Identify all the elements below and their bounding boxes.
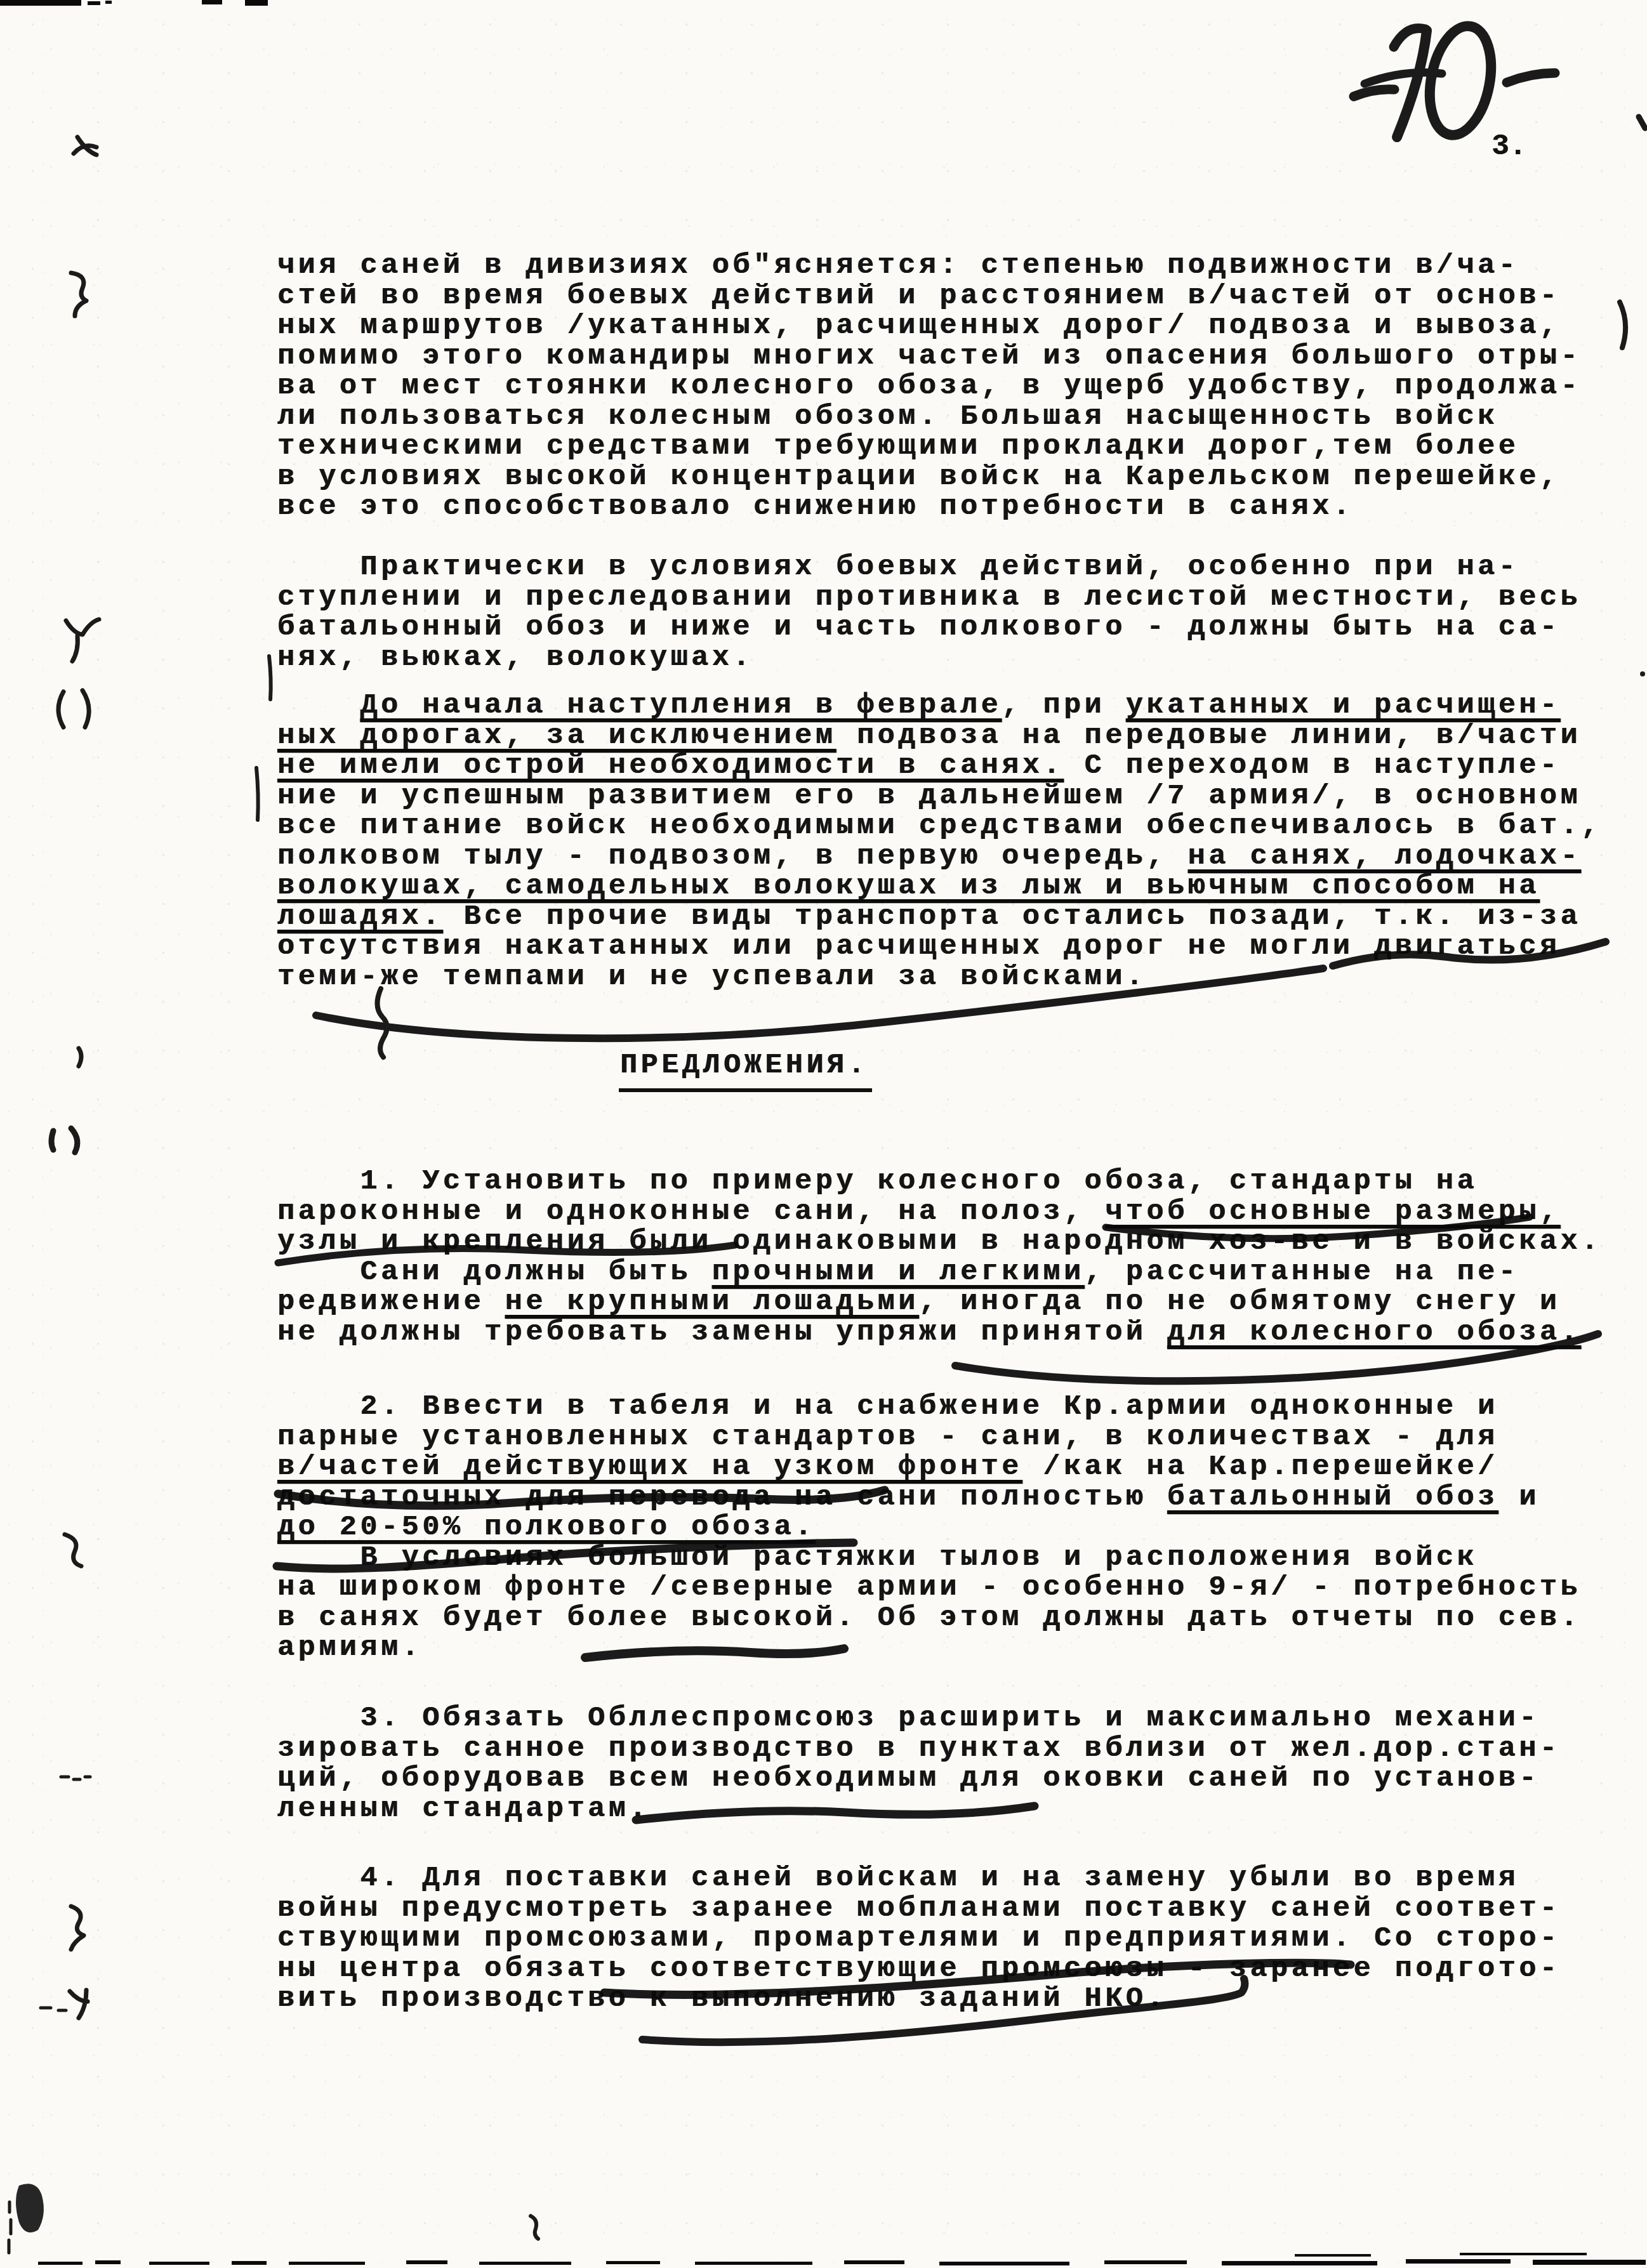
scan-edge-artifact xyxy=(245,0,268,6)
text-line: ствующими промсоюзами, промартелями и пр… xyxy=(277,1923,1636,1954)
pen-underlined-text: в/частей действующих на узком фронте xyxy=(277,1451,1022,1483)
typewritten-text: в условиях высокой концентрации войск на… xyxy=(277,461,1560,493)
typewritten-text: техническими средствами требующими прокл… xyxy=(277,430,1519,463)
typewritten-text: достаточных для перевода на сани полност… xyxy=(277,1481,1167,1513)
pen-underlined-text: не крупными лошадьми xyxy=(505,1286,919,1318)
text-line: 2. Ввести в табеля и на снабжение Кр.арм… xyxy=(277,1392,1636,1422)
typewritten-text: 2. Ввести в табеля и на снабжение Кр.арм… xyxy=(277,1390,1498,1423)
typewritten-text: в санях будет более высокой. Об этом дол… xyxy=(277,1602,1581,1634)
text-line: До начала наступления в феврале, при ука… xyxy=(277,690,1636,721)
margin-mark xyxy=(74,146,96,154)
scan-edge-artifact xyxy=(939,2262,1069,2265)
text-line: помимо этого командиры многих частей из … xyxy=(277,341,1636,372)
margin-mark xyxy=(83,690,89,727)
scan-edge-artifact xyxy=(479,2262,571,2265)
text-line: ных дорогах, за исключением подвоза на п… xyxy=(277,721,1636,751)
edge-mark xyxy=(1639,117,1645,128)
text-line: волокушах, самодельных волокушах из лыж … xyxy=(277,871,1636,902)
text-line: войны предусмотреть заранее мобпланами п… xyxy=(277,1894,1636,1924)
text-line: редвижение не крупными лошадьми, иногда … xyxy=(277,1287,1636,1317)
scan-edge-artifact xyxy=(95,2260,121,2264)
scan-edge-artifact xyxy=(1222,2261,1377,2265)
text-line: в санях будет более высокой. Об этом дол… xyxy=(277,1603,1636,1633)
pen-underlined-text: прочными и легкими xyxy=(712,1256,1085,1288)
text-line: ных маршрутов /укатанных, расчищенных до… xyxy=(277,311,1636,341)
paragraph: Практически в условиях боевых действий, … xyxy=(277,552,1636,673)
typewritten-text: Все прочие виды транспорта остались поза… xyxy=(443,900,1581,933)
typewritten-text: /как на Кар.перешейке/ xyxy=(1022,1451,1498,1483)
typewritten-text: вить производство к выполнению заданий Н… xyxy=(277,1982,1167,2015)
corner-smudge xyxy=(16,2184,44,2232)
typewritten-text: теми-же темпами и не успевали за войскам… xyxy=(277,961,1146,993)
typewritten-text: помимо этого командиры многих частей из … xyxy=(277,340,1581,373)
typewritten-text xyxy=(277,689,360,722)
margin-mark xyxy=(41,2008,66,2010)
typewritten-text: узлы и крепления были одинаковыми в наро… xyxy=(277,1225,1602,1258)
paragraph: До начала наступления в феврале, при ука… xyxy=(277,690,1636,992)
typewritten-text: ленным стандартам. xyxy=(277,1793,650,1825)
text-line: не должны требовать замены упряжи принят… xyxy=(277,1317,1636,1348)
scan-edge-artifact xyxy=(606,2261,660,2264)
typewritten-text: армиям. xyxy=(277,1632,422,1664)
typewritten-text: Практически в условиях боевых действий, … xyxy=(277,551,1519,583)
text-line: нях, вьюках, волокушах. xyxy=(277,643,1636,673)
scan-edge-artifact xyxy=(232,2261,267,2265)
typewritten-text: нях, вьюках, волокушах. xyxy=(277,642,753,674)
typewritten-text: , иногда по не обмятому снегу и xyxy=(919,1286,1561,1318)
text-line: стей во время боевых действий и расстоян… xyxy=(277,281,1636,312)
typewritten-text: подвоза на передовые линии, в/части xyxy=(836,720,1581,752)
margin-tick xyxy=(256,768,258,820)
typewritten-text: 1. Установить по примеру колесного обоза… xyxy=(277,1165,1478,1197)
typewritten-text: войны предусмотреть заранее мобпланами п… xyxy=(277,1892,1560,1925)
scan-edge-artifact xyxy=(202,0,222,4)
typewritten-text: зировать санное производство в пунктах в… xyxy=(277,1732,1560,1765)
scan-edge-artifact xyxy=(38,2262,83,2265)
typewritten-text: , при xyxy=(1002,689,1126,722)
text-line: в/частей действующих на узком фронте /ка… xyxy=(277,1452,1636,1482)
pen-underlined-text: не имели острой необходимости в санях. xyxy=(277,749,1064,782)
edge-dot xyxy=(1640,671,1645,676)
text-line: на широком фронте /северные армии - особ… xyxy=(277,1572,1636,1603)
scanned-page: { "page": { "width": 2595, "height": 357… xyxy=(0,0,1647,2268)
typewritten-text: ва от мест стоянки колесного обоза, в ущ… xyxy=(277,370,1581,402)
text-line: Сани должны быть прочными и легкими, рас… xyxy=(277,1257,1636,1288)
scan-edge-artifact xyxy=(695,2262,812,2265)
text-line: 1. Установить по примеру колесного обоза… xyxy=(277,1166,1636,1197)
typewritten-text: не должны требовать замены упряжи принят… xyxy=(277,1316,1167,1348)
scan-edge-artifact xyxy=(1104,2260,1187,2264)
typewritten-text: 3. Обязать Обллеспромсоюз расширить и ма… xyxy=(277,1702,1540,1734)
margin-mark xyxy=(66,619,99,635)
scan-edge-artifact xyxy=(406,2260,447,2264)
bottom-mark xyxy=(531,2216,538,2239)
typewritten-text: , рассчитанные на пе- xyxy=(1085,1256,1519,1288)
pen-underlined-text: для колесного обоза. xyxy=(1167,1316,1581,1348)
pen-underlined-text: ных дорогах, за исключением xyxy=(277,720,836,752)
typewritten-text: и xyxy=(1498,1481,1540,1513)
margin-mark xyxy=(77,137,96,155)
text-line: ступлении и преследовании противника в л… xyxy=(277,583,1636,613)
text-line: ли пользоваться колесным обозом. Большая… xyxy=(277,402,1636,432)
margin-mark xyxy=(72,636,77,661)
pen-underlined-text: чтоб основные размеры, xyxy=(1105,1196,1560,1228)
typewritten-text: ных маршрутов /укатанных, расчищенных до… xyxy=(277,310,1560,342)
scan-edge-artifact xyxy=(1406,2259,1511,2264)
text-line: В условиях большой растяжки тылов и расп… xyxy=(277,1543,1636,1573)
edge-ticks xyxy=(9,2202,11,2253)
typewritten-text: все питание войск необходимыми средствам… xyxy=(277,810,1602,842)
text-line: не имели острой необходимости в санях. С… xyxy=(277,751,1636,781)
text-line: теми-же темпами и не успевали за войскам… xyxy=(277,962,1636,992)
typewritten-text: ны центра обязать соответствующие промсо… xyxy=(277,1953,1560,1985)
typewritten-text: Сани должны быть xyxy=(277,1256,712,1288)
typewritten-text: ние и успешным развитием его в дальнейше… xyxy=(277,780,1581,812)
text-line: в условиях высокой концентрации войск на… xyxy=(277,462,1636,492)
text-line: ние и успешным развитием его в дальнейше… xyxy=(277,781,1636,812)
pen-underlined-text: на санях, лодочках- xyxy=(1188,840,1581,873)
margin-mark xyxy=(70,1991,88,2001)
paragraph: 3. Обязать Обллеспромсоюз расширить и ма… xyxy=(277,1703,1636,1824)
text-line: лошадях. Все прочие виды транспорта оста… xyxy=(277,902,1636,932)
margin-mark xyxy=(61,1777,90,1779)
typewritten-text: парные установленных стандартов - сани, … xyxy=(277,1421,1498,1453)
pen-underlined-text: лошадях. xyxy=(277,900,443,933)
typewritten-text: ступлении и преследовании противника в л… xyxy=(277,581,1581,614)
text-line: узлы и крепления были одинаковыми в наро… xyxy=(277,1227,1636,1257)
scan-edge-artifact xyxy=(105,1,112,4)
text-line: все питание войск необходимыми средствам… xyxy=(277,811,1636,841)
typewritten-text: 4. Для поставки саней войскам и на замен… xyxy=(277,1862,1519,1894)
typewritten-text: на широком фронте /северные армии - особ… xyxy=(277,1571,1581,1604)
margin-mark xyxy=(71,1128,77,1152)
typewritten-text: С переходом в наступле- xyxy=(1064,749,1561,782)
margin-mark xyxy=(79,1990,86,2018)
typewritten-text: полковом тылу - подвозом, в первую очере… xyxy=(277,840,1188,873)
text-line: ленным стандартам. xyxy=(277,1794,1636,1824)
paragraph: 4. Для поставки саней войскам и на замен… xyxy=(277,1863,1636,2014)
text-line: все это способствовало снижению потребно… xyxy=(277,492,1636,522)
text-line: вить производство к выполнению заданий Н… xyxy=(277,1984,1636,2014)
scan-edge-artifact xyxy=(0,0,81,6)
typewritten-text: батальонный обоз и ниже и часть полковог… xyxy=(277,611,1560,643)
scan-edge-artifact xyxy=(1533,2260,1646,2265)
text-line: отсутствия накатанных или расчищенных до… xyxy=(277,932,1636,962)
text-line: батальонный обоз и ниже и часть полковог… xyxy=(277,612,1636,643)
text-line: парные установленных стандартов - сани, … xyxy=(277,1422,1636,1453)
typewritten-text: стей во время боевых действий и расстоян… xyxy=(277,280,1560,312)
text-line: ций, оборудовав всем необходимым для око… xyxy=(277,1764,1636,1794)
typewritten-text: чия саней в дивизиях об"ясняется: степен… xyxy=(277,249,1519,282)
text-line: ны центра обязать соответствующие промсо… xyxy=(277,1954,1636,1984)
scan-edge-artifact xyxy=(1295,2254,1371,2257)
margin-mark xyxy=(79,1048,81,1066)
text-line: Практически в условиях боевых действий, … xyxy=(277,552,1636,583)
margin-mark xyxy=(51,1131,53,1150)
margin-mark xyxy=(71,1906,84,1949)
section-heading: ПРЕДЛОЖЕНИЯ. xyxy=(619,1050,1647,1092)
typed-page-number: 3. xyxy=(1492,130,1526,163)
pen-underlined-text: батальонный обоз xyxy=(1167,1481,1498,1513)
typewritten-text: отсутствия накатанных или расчищенных до… xyxy=(277,930,1560,963)
text-line: до 20-50% полкового обоза. xyxy=(277,1512,1636,1543)
scan-edge-artifact xyxy=(844,2260,904,2264)
text-line: зировать санное производство в пунктах в… xyxy=(277,1734,1636,1764)
margin-mark xyxy=(58,692,63,727)
typewritten-text: пароконные и одноконные сани, на полоз, xyxy=(277,1196,1105,1228)
typewritten-text: ли пользоваться колесным обозом. Большая… xyxy=(277,400,1498,433)
margin-squiggle-temi xyxy=(377,989,387,1057)
text-line: армиям. xyxy=(277,1633,1636,1663)
text-line: 3. Обязать Обллеспромсоюз расширить и ма… xyxy=(277,1703,1636,1734)
paragraph: 1. Установить по примеру колесного обоза… xyxy=(277,1166,1636,1347)
typewritten-text: ствующими промсоюзами, промартелями и пр… xyxy=(277,1922,1560,1955)
pen-underlined-text: До начала наступления в феврале xyxy=(360,689,1002,722)
scan-edge-artifact xyxy=(1460,2253,1587,2255)
pen-underlined-text: до 20-50% полкового обоза. xyxy=(277,1511,816,1543)
paragraph: 2. Ввести в табеля и на снабжение Кр.арм… xyxy=(277,1392,1636,1663)
typewritten-text: все это способствовало снижению потребно… xyxy=(277,491,1353,523)
pen-underlined-text: волокушах, самодельных волокушах из лыж … xyxy=(277,870,1540,902)
typewritten-text: В условиях большой растяжки тылов и расп… xyxy=(277,1541,1478,1574)
pen-underlined-text: укатанных и расчищен- xyxy=(1126,689,1561,722)
paragraph: чия саней в дивизиях об"ясняется: степен… xyxy=(277,251,1636,522)
scan-edge-artifact xyxy=(149,2262,209,2265)
text-line: техническими средствами требующими прокл… xyxy=(277,432,1636,462)
text-line: полковом тылу - подвозом, в первую очере… xyxy=(277,841,1636,872)
text-line: ва от мест стоянки колесного обоза, в ущ… xyxy=(277,371,1636,402)
text-line: 4. Для поставки саней войскам и на замен… xyxy=(277,1863,1636,1894)
scan-edge-artifact xyxy=(289,2262,365,2265)
section-heading-text: ПРЕДЛОЖЕНИЯ. xyxy=(619,1050,872,1092)
typewritten-text: редвижение xyxy=(277,1286,505,1318)
margin-mark xyxy=(65,1534,81,1566)
margin-tick xyxy=(269,656,271,699)
handwritten-page-number xyxy=(1354,21,1555,140)
text-line: достаточных для перевода на сани полност… xyxy=(277,1482,1636,1513)
typewritten-text: ций, оборудовав всем необходимым для око… xyxy=(277,1762,1540,1795)
text-line: пароконные и одноконные сани, на полоз, … xyxy=(277,1197,1636,1227)
margin-mark xyxy=(71,273,86,316)
text-line: чия саней в дивизиях об"ясняется: степен… xyxy=(277,251,1636,281)
scan-edge-artifact xyxy=(88,1,100,5)
